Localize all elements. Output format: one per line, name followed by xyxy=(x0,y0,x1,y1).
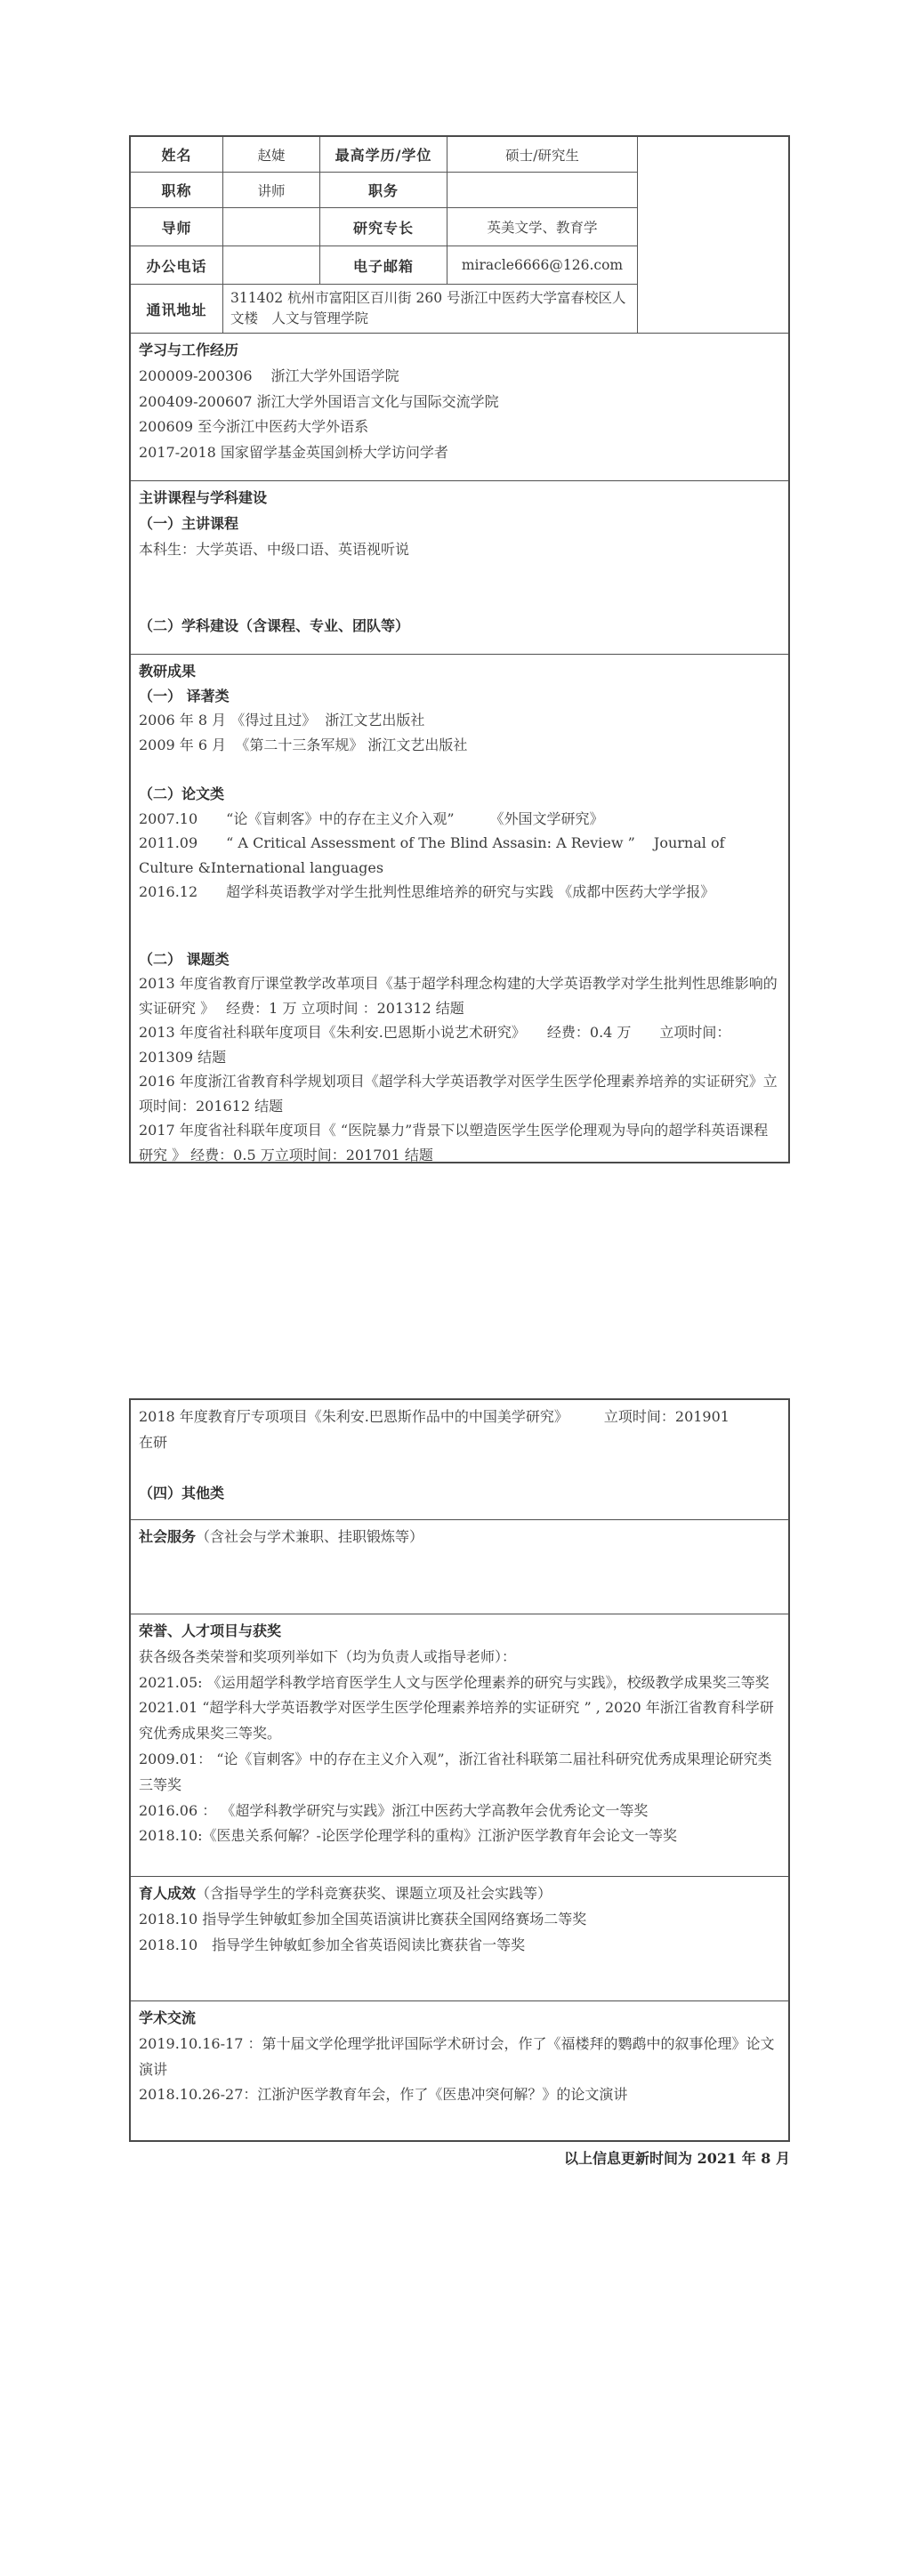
research-category-translations: （一） 译著类 xyxy=(139,684,780,709)
project-item: 2018 年度教育厅专项项目《朱利安.巴恩斯作品中的中国美学研究》 立项时间：2… xyxy=(139,1405,780,1430)
experience-line: 2017-2018 国家留学基金英国剑桥大学访问学者 xyxy=(139,440,780,466)
degree-label: 最高学历/学位 xyxy=(320,137,447,173)
cv-page-2: 2018 年度教育厅专项项目《朱利安.巴恩斯作品中的中国美学研究》 立项时间：2… xyxy=(129,1398,790,2142)
honor-item: 2021.05: 《运用超学科教学培育医学生人文与医学伦理素养的研究与实践》，校… xyxy=(139,1670,780,1696)
mentor-label: 导师 xyxy=(131,208,223,246)
experience-line: 200009-200306 浙江大学外国语学院 xyxy=(139,364,780,390)
title-label: 职称 xyxy=(131,173,223,208)
honor-item: 2016.06 ： 《超学科教学研究与实践》浙江中医药大学高教年会优秀论文一等奖 xyxy=(139,1799,780,1824)
section-experience: 学习与工作经历 200009-200306 浙江大学外国语学院 200409-2… xyxy=(131,333,788,480)
paper-item: 2011.09 “ A Critical Assessment of The B… xyxy=(139,831,780,880)
honors-intro: 获各级各类荣誉和奖项列举如下（均为负责人或指导老师）： xyxy=(139,1645,780,1670)
project-item-status: 在研 xyxy=(139,1430,780,1456)
section-research-results: 教研成果 （一） 译著类 2006 年 8 月 《得过且过》 浙江文艺出版社 2… xyxy=(131,654,788,1162)
experience-line: 200409-200607 浙江大学外国语言文化与国际交流学院 xyxy=(139,390,780,415)
courses-title: 主讲课程与学科建设 xyxy=(139,486,780,511)
profile-table: 姓名 赵婕 最高学历/学位 硕士/研究生 职称 讲师 职务 导师 研究专长 英美… xyxy=(131,137,788,333)
name-label: 姓名 xyxy=(131,137,223,173)
section-courses: 主讲课程与学科建设 （一）主讲课程 本科生：大学英语、中级口语、英语视听说 （二… xyxy=(131,480,788,654)
email-label: 电子邮箱 xyxy=(320,246,447,285)
research-category-papers: （二）论文类 xyxy=(139,782,780,807)
title-value: 讲师 xyxy=(223,173,320,208)
translation-item: 2009 年 6 月 《第二十三条军规》 浙江文艺出版社 xyxy=(139,733,780,758)
experience-title: 学习与工作经历 xyxy=(139,338,780,364)
name-value: 赵婕 xyxy=(223,137,320,173)
social-service-title: 社会服务 xyxy=(139,1528,196,1545)
exchange-item: 2019.10.16-17 ：第十届文学伦理学批评国际学术研讨会，作了《福楼拜的… xyxy=(139,2032,780,2083)
project-item: 2017 年度省社科联年度项目《 “医院暴力”背景下以塑造医学生医学伦理观为导向… xyxy=(139,1118,780,1162)
paper-item: 2016.12 超学科英语教学对学生批判性思维培养的研究与实践 《成都中医药大学… xyxy=(139,880,780,905)
project-item: 2013 年度省教育厅课堂教学改革项目《基于超学科理念构建的大学英语教学对学生批… xyxy=(139,971,780,1020)
translation-item: 2006 年 8 月 《得过且过》 浙江文艺出版社 xyxy=(139,708,780,733)
honor-item: 2021.01 “超学科大学英语教学对医学生医学伦理素养培养的实证研究 ” , … xyxy=(139,1695,780,1747)
research-title: 教研成果 xyxy=(139,659,780,684)
position-label: 职务 xyxy=(320,173,447,208)
paper-item: 2007.10 “论《盲刺客》中的存在主义介入观” 《外国文学研究》 xyxy=(139,807,780,832)
social-service-note: （含社会与学术兼职、挂职锻炼等） xyxy=(196,1528,423,1545)
email-value: miracle6666@126.com xyxy=(447,246,638,285)
address-label: 通讯地址 xyxy=(131,285,223,333)
update-time-note: 以上信息更新时间为 2021 年 8 月 xyxy=(564,2147,790,2168)
project-item: 2016 年度浙江省教育科学规划项目《超学科大学英语教学对医学生医学伦理素养培养… xyxy=(139,1069,780,1118)
specialty-value: 英美文学、教育学 xyxy=(447,208,638,246)
section-projects-continued: 2018 年度教育厅专项项目《朱利安.巴恩斯作品中的中国美学研究》 立项时间：2… xyxy=(131,1400,788,1519)
mentoring-note: （含指导学生的学科竞赛获奖、课题立项及社会实践等） xyxy=(196,1885,552,1902)
office-phone-label: 办公电话 xyxy=(131,246,223,285)
section-social-service: 社会服务（含社会与学术兼职、挂职锻炼等） xyxy=(131,1519,788,1614)
honor-item: 2009.01： “论《盲刺客》中的存在主义介入观”，浙江省社科联第二届社科研究… xyxy=(139,1747,780,1799)
honor-item: 2018.10:《医患关系何解？-论医学伦理学科的重构》江浙沪医学教育年会论文一… xyxy=(139,1823,780,1849)
experience-line: 200609 至今浙江中医药大学外语系 xyxy=(139,415,780,440)
section-academic-exchange: 学术交流 2019.10.16-17 ：第十届文学伦理学批评国际学术研讨会，作了… xyxy=(131,2000,788,2140)
project-item: 2013 年度省社科联年度项目《朱利安.巴恩斯小说艺术研究》 经费：0.4 万 … xyxy=(139,1020,780,1069)
mentoring-item: 2018.10 指导学生钟敏虹参加全省英语阅读比赛获省一等奖 xyxy=(139,1933,780,1959)
position-value xyxy=(447,173,638,208)
exchange-item: 2018.10.26-27：江浙沪医学教育年会，作了《医患冲突何解？》的论文演讲 xyxy=(139,2082,780,2108)
honors-title: 荣誉、人才项目与获奖 xyxy=(139,1619,780,1645)
office-phone-value xyxy=(223,246,320,285)
mentor-value xyxy=(223,208,320,246)
exchange-title: 学术交流 xyxy=(139,2006,780,2032)
degree-value: 硕士/研究生 xyxy=(447,137,638,173)
section-honors-awards: 荣誉、人才项目与获奖 获各级各类荣誉和奖项列举如下（均为负责人或指导老师）： 2… xyxy=(131,1614,788,1876)
photo-placeholder xyxy=(638,137,788,333)
research-category-others: （四）其他类 xyxy=(139,1481,780,1507)
section-mentoring-results: 育人成效（含指导学生的学科竞赛获奖、课题立项及社会实践等） 2018.10 指导… xyxy=(131,1876,788,2000)
cv-page-1: 姓名 赵婕 最高学历/学位 硕士/研究生 职称 讲师 职务 导师 研究专长 英美… xyxy=(129,135,790,1163)
address-value: 311402 杭州市富阳区百川街 260 号浙江中医药大学富春校区人文楼 人文与… xyxy=(223,285,638,333)
courses-subheading-taught: （一）主讲课程 xyxy=(139,511,780,537)
specialty-label: 研究专长 xyxy=(320,208,447,246)
mentoring-item: 2018.10 指导学生钟敏虹参加全国英语演讲比赛获全国网络赛场二等奖 xyxy=(139,1907,780,1933)
courses-subheading-discipline: （二）学科建设（含课程、专业、团队等） xyxy=(139,614,780,640)
research-category-projects: （二） 课题类 xyxy=(139,947,780,972)
courses-line: 本科生：大学英语、中级口语、英语视听说 xyxy=(139,537,780,563)
mentoring-title: 育人成效 xyxy=(139,1885,196,1902)
